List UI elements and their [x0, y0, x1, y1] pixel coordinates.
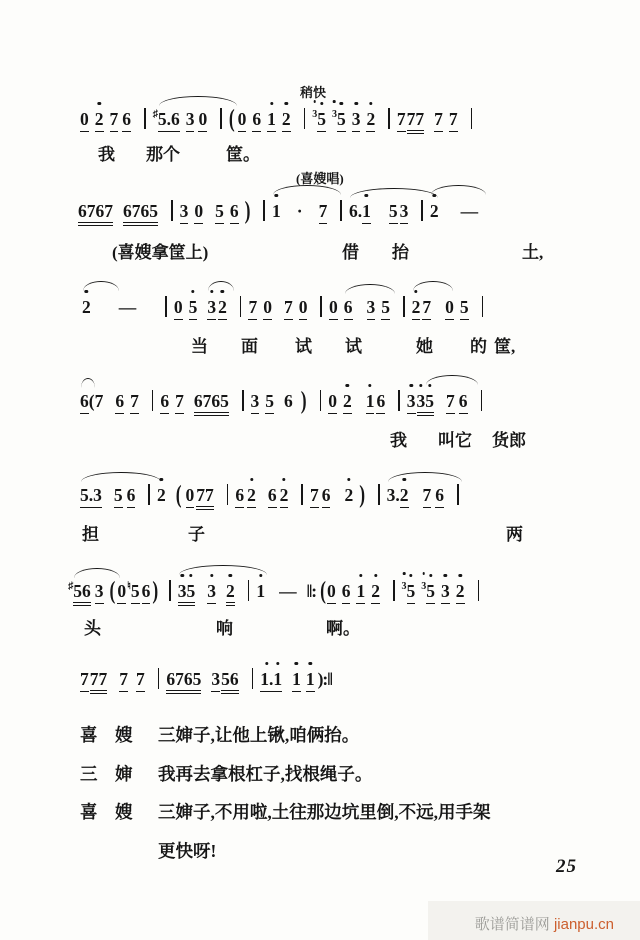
octave-dot	[285, 102, 288, 105]
barline	[457, 484, 459, 505]
note: 7	[434, 108, 443, 132]
octave-dot	[221, 290, 224, 293]
lyric-word: 担	[82, 520, 99, 545]
note: )	[359, 478, 365, 510]
note: 5	[317, 108, 326, 132]
note: 2	[400, 484, 409, 508]
lyric-word: 头	[84, 614, 101, 639]
dialogue-row: 更快呀!	[80, 838, 620, 877]
note: 5.3	[80, 484, 102, 508]
note: 7	[319, 200, 328, 224]
barline	[152, 390, 154, 411]
note: 6	[235, 484, 244, 508]
tempo-or-singer-label: 稍快	[300, 82, 326, 101]
note: 6	[122, 108, 131, 132]
octave-dot	[409, 384, 412, 387]
note: 1.	[260, 668, 273, 692]
note: 7	[446, 390, 455, 414]
note: 77	[407, 108, 425, 134]
note: 6	[344, 296, 353, 320]
note: (	[176, 478, 182, 510]
note: 3	[95, 580, 104, 604]
octave-dot	[308, 662, 311, 665]
note: 7	[175, 390, 184, 414]
note: 0	[299, 296, 308, 320]
dialogue-role: 喜 嫂	[80, 799, 158, 824]
barline	[252, 668, 254, 689]
slur-arc	[159, 96, 237, 106]
note: 7	[110, 108, 119, 132]
music-line: 0276♯5.630(061235353277777	[80, 104, 479, 134]
note: 7	[130, 390, 139, 414]
dialogue-role: 喜 嫂	[80, 722, 158, 747]
barline	[248, 580, 250, 601]
note: 0	[328, 390, 337, 414]
barline	[471, 108, 473, 129]
octave-dot	[295, 662, 298, 665]
lyric-word: 货郎	[492, 426, 526, 451]
lyric-word: 土,	[522, 238, 543, 263]
note: 7	[310, 484, 319, 508]
note: ·	[297, 200, 303, 222]
note: 1	[273, 668, 282, 692]
note: 0	[263, 296, 272, 320]
slur-arc	[83, 281, 119, 291]
octave-dot	[354, 102, 357, 105]
note: 3	[400, 200, 409, 224]
octave-dot	[259, 574, 262, 577]
note: 2	[282, 108, 291, 132]
lyric-word: 她	[416, 332, 433, 357]
barline	[144, 108, 146, 129]
note: 7	[397, 108, 406, 132]
slur-arc	[81, 378, 95, 388]
note: 3	[178, 580, 187, 606]
note: 5	[426, 580, 435, 604]
barline	[478, 580, 480, 601]
dialogue: 喜 嫂三婶子,让他上锹,咱俩抬。三 婶我再去拿根杠子,找根绳子。喜 嫂三婶子,不…	[80, 722, 620, 876]
note: 77	[196, 484, 214, 510]
note: 6	[115, 390, 124, 414]
lyric-word: 两	[506, 520, 523, 545]
barline	[398, 390, 400, 411]
dialogue-row: 喜 嫂三婶子,不用啦,土往那边坑里倒,不远,用手架	[80, 799, 620, 838]
note: 6765	[194, 390, 229, 416]
lyric-word: 啊。	[326, 614, 360, 639]
slur-arc	[431, 185, 486, 195]
slur-arc	[179, 565, 267, 575]
octave-dot	[265, 662, 268, 665]
note: 7	[449, 108, 458, 132]
note: 6	[252, 108, 261, 132]
note: 6	[127, 484, 136, 508]
note: 0	[174, 296, 183, 320]
note: 3	[207, 580, 216, 604]
note: )	[152, 574, 158, 606]
dialogue-role: 三 婶	[80, 761, 158, 786]
dialogue-text: 三婶子,不用啦,土往那边坑里倒,不远,用手架	[158, 802, 491, 822]
octave-dot	[189, 574, 192, 577]
octave-dot	[423, 572, 426, 575]
note: 1	[356, 580, 365, 604]
dialogue-text: 更快呀!	[158, 841, 216, 861]
note: 2	[82, 296, 91, 318]
note: 2	[280, 484, 289, 508]
slur-arc	[345, 284, 395, 294]
note: 5	[389, 200, 398, 224]
note: )	[301, 384, 307, 416]
repeat-sign: ):‖	[318, 668, 332, 690]
octave-dot	[347, 478, 350, 481]
note: 0	[194, 200, 203, 224]
note: 6765	[123, 200, 158, 226]
octave-dot	[97, 102, 100, 105]
lyric-word: 的	[470, 332, 487, 357]
note: 5	[460, 296, 469, 320]
note: 6	[160, 390, 169, 414]
note: 5	[131, 580, 140, 604]
lyric-word: 筐。	[226, 140, 260, 165]
note: —	[461, 200, 479, 222]
note: 1	[366, 390, 375, 414]
note: 1	[306, 668, 315, 692]
lyric-word: 面	[241, 332, 258, 357]
note: 5	[425, 390, 434, 416]
music-line: 676767653056)1·76.1532—	[78, 200, 484, 226]
dialogue-row: 三 婶我再去拿根杠子,找根绳子。	[80, 761, 620, 800]
slur-arc	[413, 281, 453, 291]
sheet-music-page: 0276♯5.630(061235353277777676767653056)1…	[0, 0, 640, 940]
note: 7	[136, 668, 145, 692]
note: 5	[114, 484, 123, 508]
barline	[340, 200, 342, 221]
note: 2	[226, 580, 235, 606]
note: 5	[337, 108, 346, 132]
octave-dot	[403, 572, 406, 575]
note: 0	[117, 580, 126, 604]
note: 2	[430, 200, 439, 222]
music-line: 7777767653561.111):‖	[80, 668, 338, 694]
barline	[263, 200, 265, 221]
barline	[165, 296, 167, 317]
note: —	[119, 296, 137, 318]
note: 2	[95, 108, 104, 132]
page-number: 25	[556, 856, 577, 878]
repeat-sign: ‖:	[307, 580, 317, 602]
barline	[320, 390, 322, 411]
note: 3	[186, 108, 195, 132]
note: 3	[180, 200, 189, 224]
note: )	[245, 194, 251, 226]
note: 6	[142, 580, 151, 604]
barline	[481, 390, 483, 411]
octave-dot	[282, 478, 285, 481]
note: 7	[422, 296, 431, 320]
note: 5	[189, 296, 198, 320]
barline	[304, 108, 306, 129]
note: 0	[80, 108, 89, 132]
barline	[220, 108, 222, 129]
note: 3.	[387, 484, 400, 506]
lyric-word: 抬	[392, 238, 409, 263]
note: 6767	[78, 200, 113, 226]
octave-dot	[359, 574, 362, 577]
note: 3	[207, 296, 216, 320]
note: 6	[82, 580, 91, 606]
dialogue-row: 喜 嫂三婶子,让他上锹,咱俩抬。	[80, 722, 620, 761]
note: 3	[367, 296, 376, 320]
note: 3	[417, 390, 426, 416]
barline	[393, 580, 395, 601]
barline	[403, 296, 405, 317]
lyric-word: 那个	[146, 140, 180, 165]
octave-dot	[444, 574, 447, 577]
note: 2	[456, 580, 465, 604]
note: 6	[459, 390, 468, 414]
note: 5	[187, 580, 196, 606]
barline	[421, 200, 423, 221]
note: 3	[352, 108, 361, 132]
note: 1	[267, 108, 276, 132]
note: 77	[90, 668, 108, 694]
octave-dot	[340, 102, 343, 105]
music-line: 6(767676765356)021633576	[80, 390, 489, 416]
lyric-word: 借	[342, 238, 359, 263]
note: 7	[423, 484, 432, 508]
note: 3	[441, 580, 450, 604]
note: 6	[435, 484, 444, 508]
barline	[378, 484, 380, 505]
dialogue-text: 三婶子,让他上锹,咱俩抬。	[158, 725, 359, 745]
barline	[158, 668, 160, 689]
note: 7	[119, 668, 128, 692]
watermark: 歌谱简谱网 jianpu.cn	[475, 913, 614, 934]
note: 5	[407, 580, 416, 604]
note: 2	[247, 484, 256, 508]
lyric-word: 子	[188, 520, 205, 545]
barline	[320, 296, 322, 317]
octave-dot	[320, 102, 323, 105]
note: 0	[327, 580, 336, 604]
octave-dot	[191, 290, 194, 293]
note: 5	[215, 200, 224, 224]
lyric-word: 响	[216, 614, 233, 639]
note: 2	[157, 484, 166, 506]
note: 1	[362, 200, 371, 224]
octave-dot	[333, 100, 336, 103]
octave-dot	[270, 102, 273, 105]
lyric-word: 当	[191, 332, 208, 357]
note: 2	[371, 580, 380, 604]
note: 6	[284, 390, 293, 412]
note: 6	[376, 390, 385, 414]
music-line: 5.3562(0776262762)3.276	[80, 484, 466, 510]
lyric-word: 我	[98, 140, 115, 165]
note: 1	[292, 668, 301, 692]
octave-dot	[368, 384, 371, 387]
octave-dot	[369, 102, 372, 105]
note: 3	[251, 390, 260, 414]
lyric-word: (喜嫂拿筐上)	[112, 238, 208, 263]
note: 5	[73, 580, 82, 606]
note: 6	[268, 484, 277, 508]
note: 5	[381, 296, 390, 320]
note: —	[279, 580, 297, 602]
note: 0	[329, 296, 338, 320]
barline	[301, 484, 303, 505]
barline	[482, 296, 484, 317]
note: 2	[412, 296, 421, 320]
slur-arc	[388, 472, 462, 482]
barline	[148, 484, 150, 505]
note: 7	[80, 668, 89, 692]
note: 2	[366, 108, 375, 132]
note: (	[320, 574, 326, 606]
note: 1	[272, 200, 281, 222]
slur-arc	[81, 472, 161, 482]
barline	[169, 580, 171, 601]
note: 0	[198, 108, 207, 132]
note: (	[229, 102, 235, 134]
note: 6	[80, 390, 89, 414]
music-line: ♯563(0♮56)35321—‖:(0612353532	[68, 576, 486, 606]
watermark-domain-link: jianpu.cn	[554, 916, 614, 933]
octave-dot	[210, 574, 213, 577]
note: 2	[344, 484, 353, 506]
octave-dot	[346, 384, 349, 387]
slur-arc	[350, 188, 438, 198]
lyric-word: 我	[390, 426, 407, 451]
lyric-word: 试	[345, 332, 362, 357]
barline	[242, 390, 244, 411]
note: 2	[218, 296, 227, 320]
music-line: 2—0532707006352705	[82, 296, 490, 320]
slur-arc	[426, 375, 478, 385]
note: 3	[407, 390, 416, 414]
barline	[388, 108, 390, 129]
note: 2	[343, 390, 352, 414]
note: 6	[322, 484, 331, 508]
octave-dot	[374, 574, 377, 577]
watermark-site-name: 歌谱简谱网	[475, 916, 554, 933]
note: (	[110, 574, 116, 606]
barline	[171, 200, 173, 221]
octave-dot	[419, 384, 422, 387]
note: 7	[284, 296, 293, 320]
tempo-or-singer-label: (喜嫂唱)	[296, 168, 344, 187]
lyric-word: 试	[295, 332, 312, 357]
note: 3	[211, 668, 220, 692]
octave-dot	[409, 574, 412, 577]
note: 5.6	[158, 108, 180, 132]
octave-dot	[458, 574, 461, 577]
lyric-word: 筐,	[494, 332, 515, 357]
octave-dot	[276, 662, 279, 665]
octave-dot	[160, 478, 163, 481]
lyric-word: 叫它	[438, 426, 472, 451]
note: 0	[186, 484, 195, 508]
note: 6	[230, 200, 239, 224]
note: 7	[248, 296, 257, 320]
note: 0	[238, 108, 247, 132]
note: 5	[265, 390, 274, 414]
barline	[240, 296, 242, 317]
dialogue-text: 我再去拿根杠子,找根绳子。	[158, 764, 372, 784]
octave-dot	[250, 478, 253, 481]
note: 6765	[166, 668, 201, 694]
note: 0	[445, 296, 454, 320]
note: 6.	[349, 200, 362, 222]
note: 7	[95, 390, 104, 412]
note: 6	[342, 580, 351, 604]
octave-dot	[429, 574, 432, 577]
barline	[227, 484, 229, 505]
note: 1	[256, 580, 265, 602]
octave-dot	[229, 574, 232, 577]
note: 56	[221, 668, 239, 694]
